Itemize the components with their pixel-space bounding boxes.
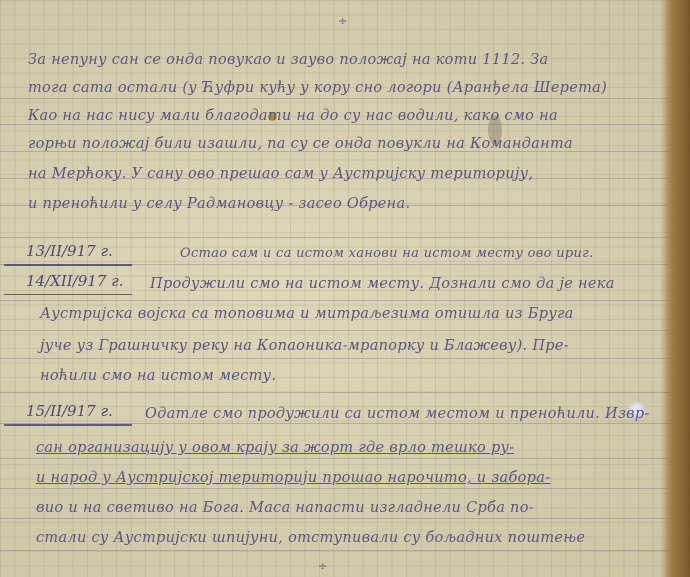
bottom-mark: ÷ [318,560,327,573]
text-line: стали су Аустријски шпијуни, отступивали… [36,530,585,546]
ruled-line [0,237,670,238]
text-line: Остао сам и са истом ханови на истом мес… [180,246,593,261]
text-line: Одатле смо продужили са истом местом и п… [145,406,650,422]
ruled-line [0,358,670,359]
text-line: и преноћили у селу Радмановцу - засео Об… [28,196,410,212]
ruled-line [0,458,670,459]
text-line: горњи положај били изашли, па су се онда… [28,136,573,152]
entry-date: 15/II/917 г. [26,402,113,420]
top-mark: ÷ [338,15,347,28]
diary-page: ÷ За непуну сан се онда повукао и зауво … [0,0,690,577]
entry-date: 14/XII/917 г. [26,272,123,290]
ruled-line [0,550,670,551]
ruled-line [0,98,670,99]
date-underline [4,264,132,266]
text-line: вио и на светиво на Бога. Маса напасти и… [36,500,534,516]
entry-date: 13/II/917 г. [26,242,113,260]
text-line: Продужили смо на истом месту. Дознали см… [150,276,615,292]
text-line: и народ у Аустријској територији прошао … [36,470,550,486]
text-line: ноћили смо на истом месту. [40,368,276,384]
ruled-line [0,488,670,489]
text-line: тога сата остали (у Ћуфри кућу у кору сн… [28,80,607,96]
date-underline [4,424,132,426]
date-underline [4,294,132,295]
text-line: Као на нас нису мали благодати на до су … [28,108,558,124]
text-line: Аустријска војска са топовима и митраљез… [40,306,574,322]
text-line: јуче уз Грашничку реку на Копаоника-мрап… [40,338,569,354]
ruled-line [0,300,670,301]
text-line: на Мерћоку. У сану ово прешао сам у Ауст… [28,166,533,182]
ruled-line [0,392,670,393]
ruled-line [0,124,670,125]
text-line: За непуну сан се онда повукао и зауво по… [28,52,549,68]
text-line: сан организацију у овом крају за жорт гд… [36,440,514,456]
ruled-line [0,518,670,519]
ruled-line [0,330,670,331]
